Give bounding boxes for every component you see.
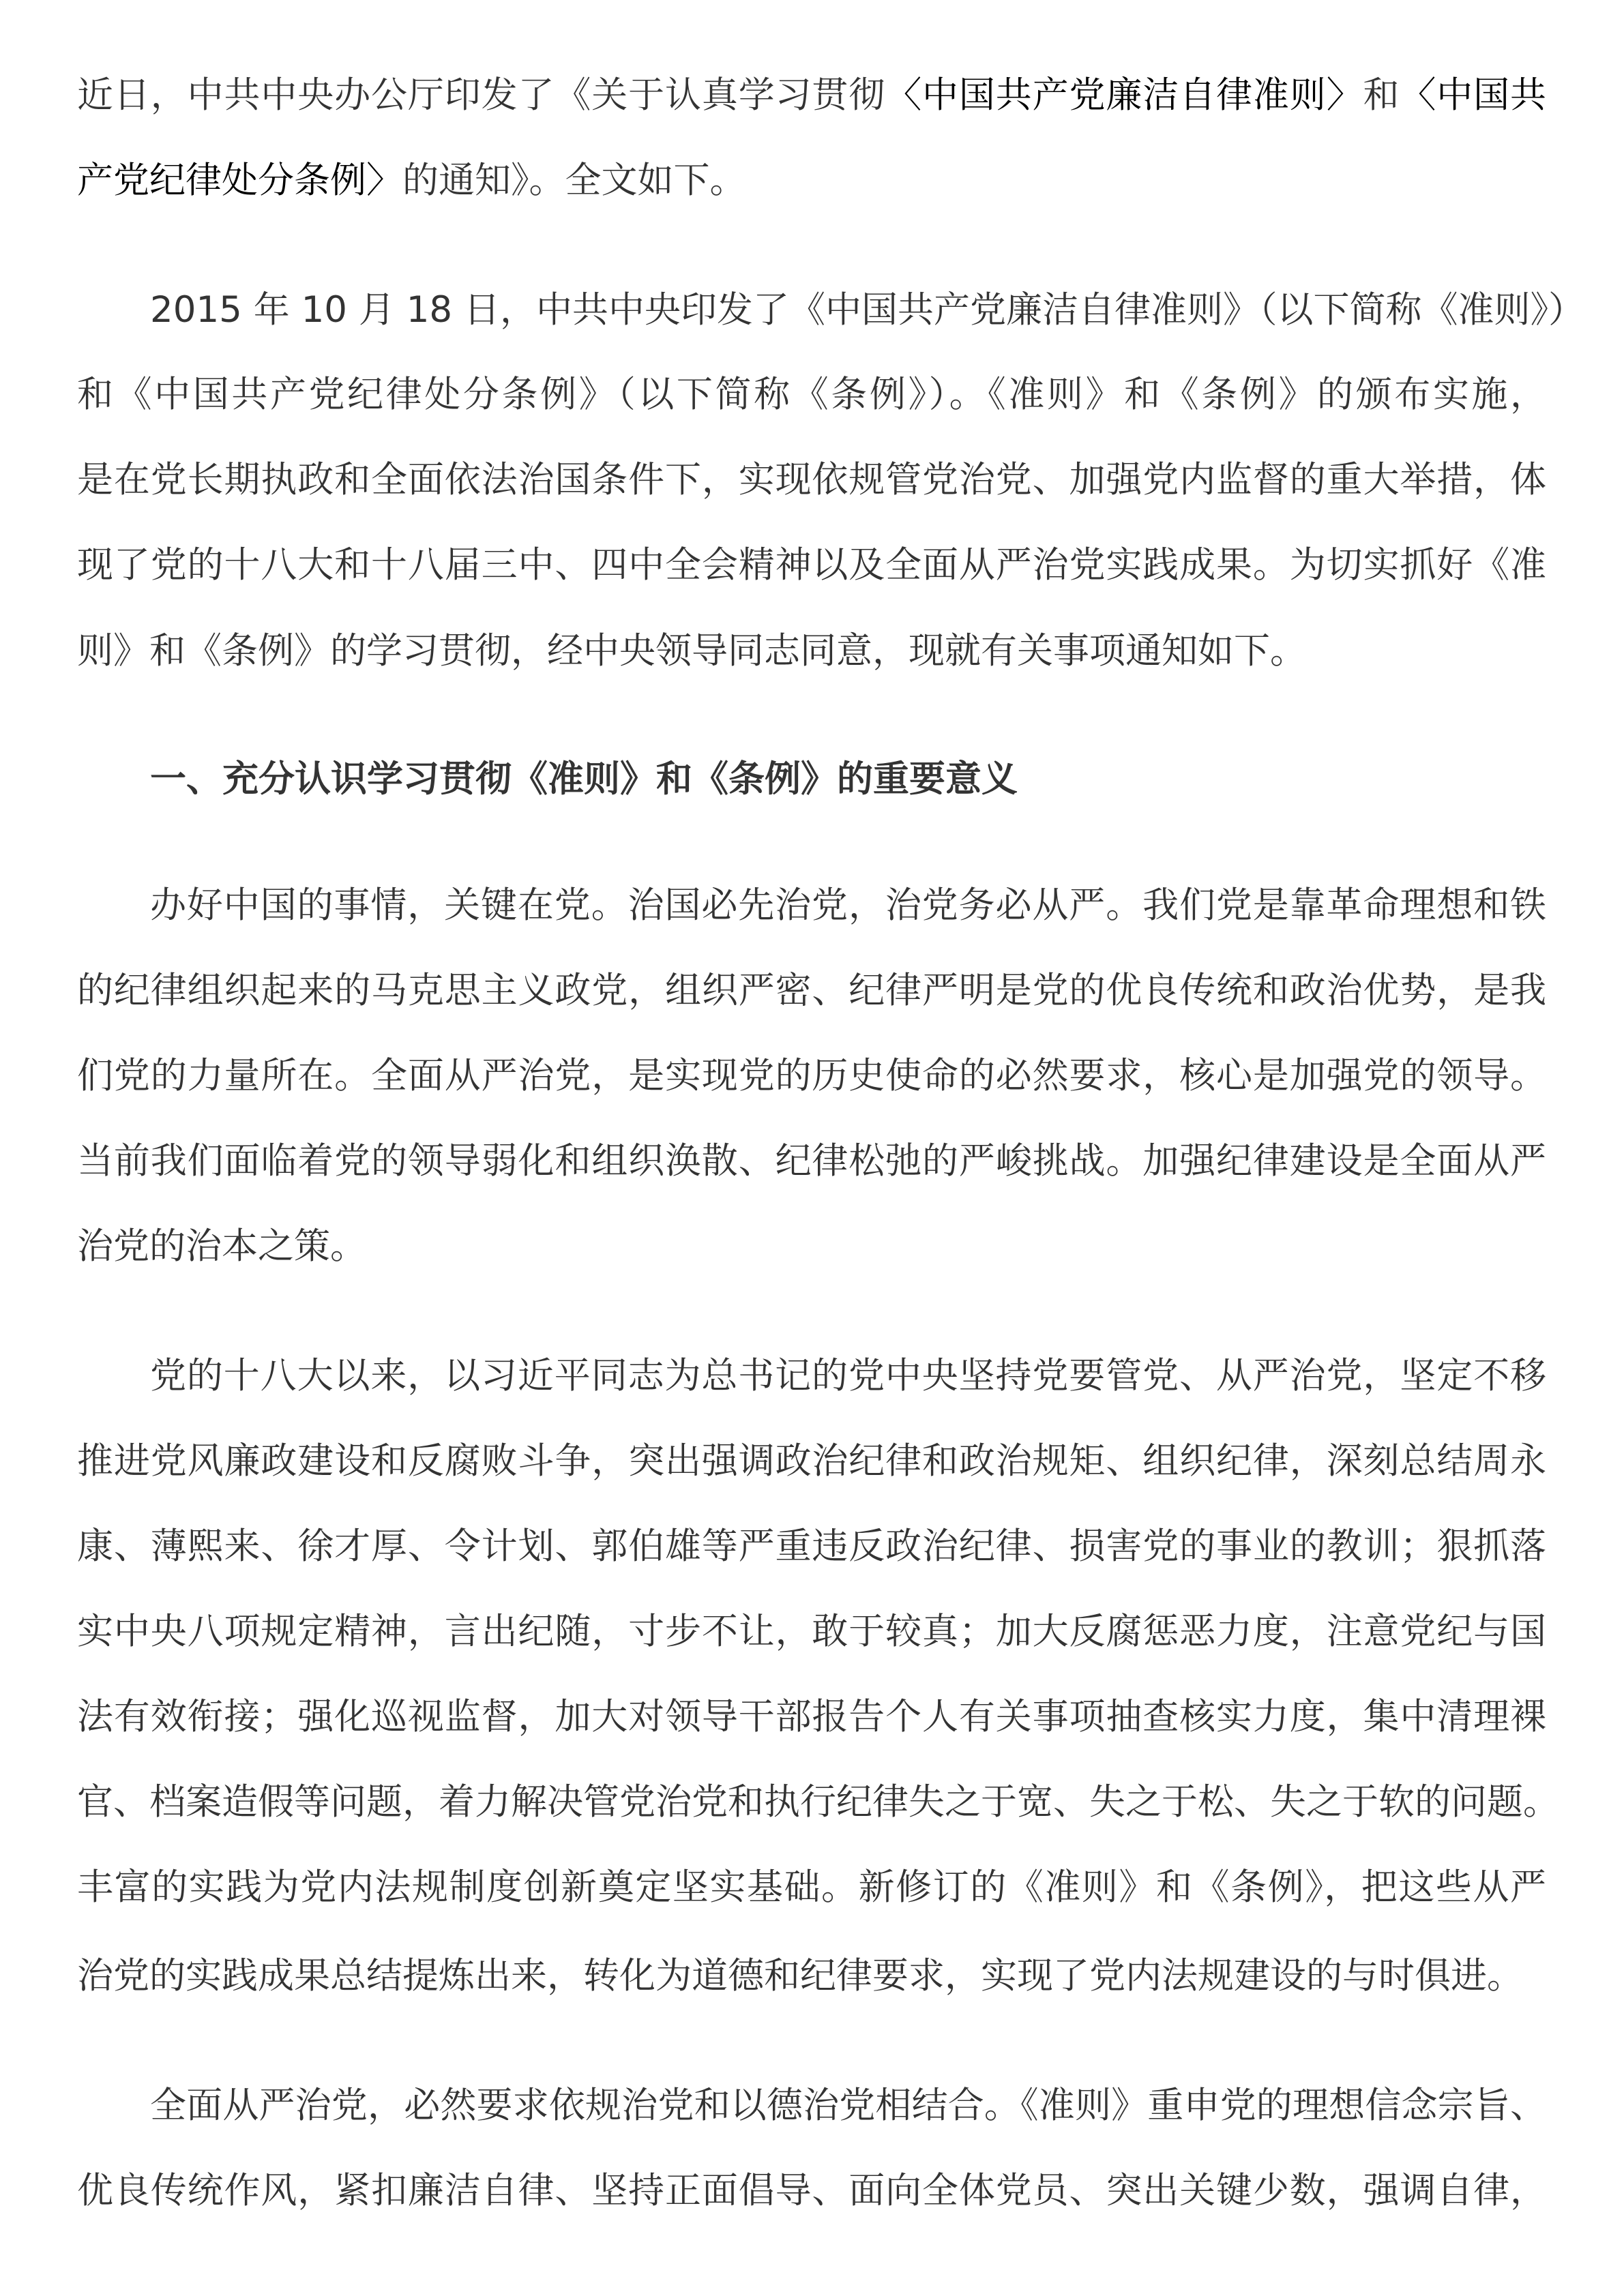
text-segment: 实中央八项规定精神，言出纪随，寸步不让，敢于较真；加大反腐惩恶力度，注意党纪与国: [77, 1611, 1546, 1652]
paragraph-line: 优良传统作风，紧扣廉洁自律、坚持正面倡导、面向全体党员、突出关键少数，强调自律，: [77, 2171, 1546, 2256]
text-segment: 法有效衔接；强化巡视监督，加大对领导干部报告个人有关事项抽查核实力度，集中清理裸: [77, 1696, 1546, 1738]
text-segment: 2015 年 10 月 18 日，中共中央印发了《中国共产党廉洁自律准则》（以下…: [150, 289, 1584, 331]
text-segment: 当前我们面临着党的领导弱化和组织涣散、纪律松弛的严峻挑战。加强纪律建设是全面从严: [77, 1140, 1546, 1182]
text-segment: 治党的实践成果总结提炼出来，转化为道德和纪律要求，实现了党内法规建设的与时俱进。: [77, 1955, 1523, 1997]
text-segment: 康、薄熙来、徐才厚、令计划、郭伯雄等严重违反政治纪律、损害党的事业的教训；狠抓落: [77, 1525, 1546, 1567]
paragraph-line: 党的十八大以来，以习近平同志为总书记的党中央坚持党要管党、从严治党，坚定不移: [77, 1356, 1546, 1441]
paragraph-line: 近日，中共中央办公厅印发了《关于认真学习贯彻〈中国共产党廉洁自律准则〉和〈中国共: [77, 75, 1546, 160]
paragraph-line: 治党的实践成果总结提炼出来，转化为道德和纪律要求，实现了党内法规建设的与时俱进。: [77, 1956, 1546, 2041]
text-segment: 和《中国共产党纪律处分条例》（以下简称《条例》）。《准则》和《条例》的颁布实施，: [77, 374, 1546, 415]
text-segment: 近日，中共中央办公厅印发了《关于认真学习贯彻: [77, 74, 885, 116]
title-reference: 〈中国共: [1400, 74, 1546, 116]
text-segment: 优良传统作风，紧扣廉洁自律、坚持正面倡导、面向全体党员、突出关键少数，强调自律，: [77, 2170, 1546, 2211]
text-segment: 党的十八大以来，以习近平同志为总书记的党中央坚持党要管党、从严治党，坚定不移: [150, 1355, 1546, 1397]
paragraph-line: 则》和《条例》的学习贯彻，经中央领导同志同意，现就有关事项通知如下。: [77, 631, 1546, 716]
text-segment: 一、充分认识学习贯彻《准则》和《条例》的重要意义: [150, 758, 1018, 800]
paragraph-line: 办好中国的事情，关键在党。治国必先治党，治党务必从严。我们党是靠革命理想和铁: [77, 885, 1546, 970]
text-segment: 们党的力量所在。全面从严治党，是实现党的历史使命的必然要求，核心是加强党的领导。: [77, 1055, 1546, 1097]
paragraph-line: 实中央八项规定精神，言出纪随，寸步不让，敢于较真；加大反腐惩恶力度，注意党纪与国: [77, 1611, 1546, 1697]
text-segment: 则》和《条例》的学习贯彻，经中央领导同志同意，现就有关事项通知如下。: [77, 630, 1306, 672]
text-segment: 办好中国的事情，关键在党。治国必先治党，治党务必从严。我们党是靠革命理想和铁: [150, 884, 1546, 926]
title-reference: 〈中国共产党廉洁自律准则〉: [885, 74, 1363, 116]
paragraph-line: 们党的力量所在。全面从严治党，是实现党的历史使命的必然要求，核心是加强党的领导。: [77, 1056, 1546, 1141]
text-segment: 和: [1363, 74, 1400, 116]
text-segment: 治党的治本之策。: [77, 1225, 366, 1267]
text-segment: 全面从严治党，必然要求依规治党和以德治党相结合。《准则》重申党的理想信念宗旨、: [150, 2085, 1546, 2126]
paragraph-line: 治党的治本之策。: [77, 1226, 1546, 1311]
paragraph-line: 现了党的十八大和十八届三中、四中全会精神以及全面从严治党实践成果。为切实抓好《准: [77, 545, 1546, 630]
text-segment: 是在党长期执政和全面依法治国条件下，实现依规管党治党、加强党内监督的重大举措，体: [77, 459, 1546, 501]
text-segment: 官、档案造假等问题，着力解决管党治党和执行纪律失之于宽、失之于松、失之于软的问题…: [77, 1781, 1559, 1823]
title-reference: 产党纪律处分条例〉: [77, 160, 402, 201]
text-segment: 丰富的实践为党内法规制度创新奠定坚实基础。新修订的《准则》和《条例》，把这些从严: [77, 1866, 1546, 1908]
paragraph-line: 和《中国共产党纪律处分条例》（以下简称《条例》）。《准则》和《条例》的颁布实施，: [77, 374, 1546, 460]
paragraph-line: 当前我们面临着党的领导弱化和组织涣散、纪律松弛的严峻挑战。加强纪律建设是全面从严: [77, 1141, 1546, 1226]
text-segment: 的通知》。全文如下。: [402, 160, 746, 201]
paragraph-line: 全面从严治党，必然要求依规治党和以德治党相结合。《准则》重申党的理想信念宗旨、: [77, 2085, 1546, 2171]
text-segment: 现了党的十八大和十八届三中、四中全会精神以及全面从严治党实践成果。为切实抓好《准: [77, 544, 1546, 586]
paragraph-line: 官、档案造假等问题，着力解决管党治党和执行纪律失之于宽、失之于松、失之于软的问题…: [77, 1782, 1546, 1867]
paragraph-line: 法有效衔接；强化巡视监督，加大对领导干部报告个人有关事项抽查核实力度，集中清理裸: [77, 1697, 1546, 1782]
paragraph-line: 丰富的实践为党内法规制度创新奠定坚实基础。新修订的《准则》和《条例》，把这些从严: [77, 1867, 1546, 1952]
paragraph-line: 推进党风廉政建设和反腐败斗争，突出强调政治纪律和政治规矩、组织纪律，深刻总结周永: [77, 1441, 1546, 1526]
paragraph-line: 的纪律组织起来的马克思主义政党，组织严密、纪律严明是党的优良传统和政治优势，是我: [77, 970, 1546, 1056]
paragraph-line: 康、薄熙来、徐才厚、令计划、郭伯雄等严重违反政治纪律、损害党的事业的教训；狠抓落: [77, 1526, 1546, 1611]
text-segment: 的纪律组织起来的马克思主义政党，组织严密、纪律严明是党的优良传统和政治优势，是我: [77, 970, 1546, 1011]
heading-text: 一、充分认识学习贯彻《准则》和《条例》的重要意义: [77, 759, 1546, 844]
text-segment: 推进党风廉政建设和反腐败斗争，突出强调政治纪律和政治规矩、组织纪律，深刻总结周永: [77, 1440, 1546, 1482]
paragraph-line: 产党纪律处分条例〉的通知》。全文如下。: [77, 160, 1546, 245]
paragraph-line: 是在党长期执政和全面依法治国条件下，实现依规管党治党、加强党内监督的重大举措，体: [77, 460, 1546, 545]
paragraph-line: 2015 年 10 月 18 日，中共中央印发了《中国共产党廉洁自律准则》（以下…: [77, 290, 1546, 375]
